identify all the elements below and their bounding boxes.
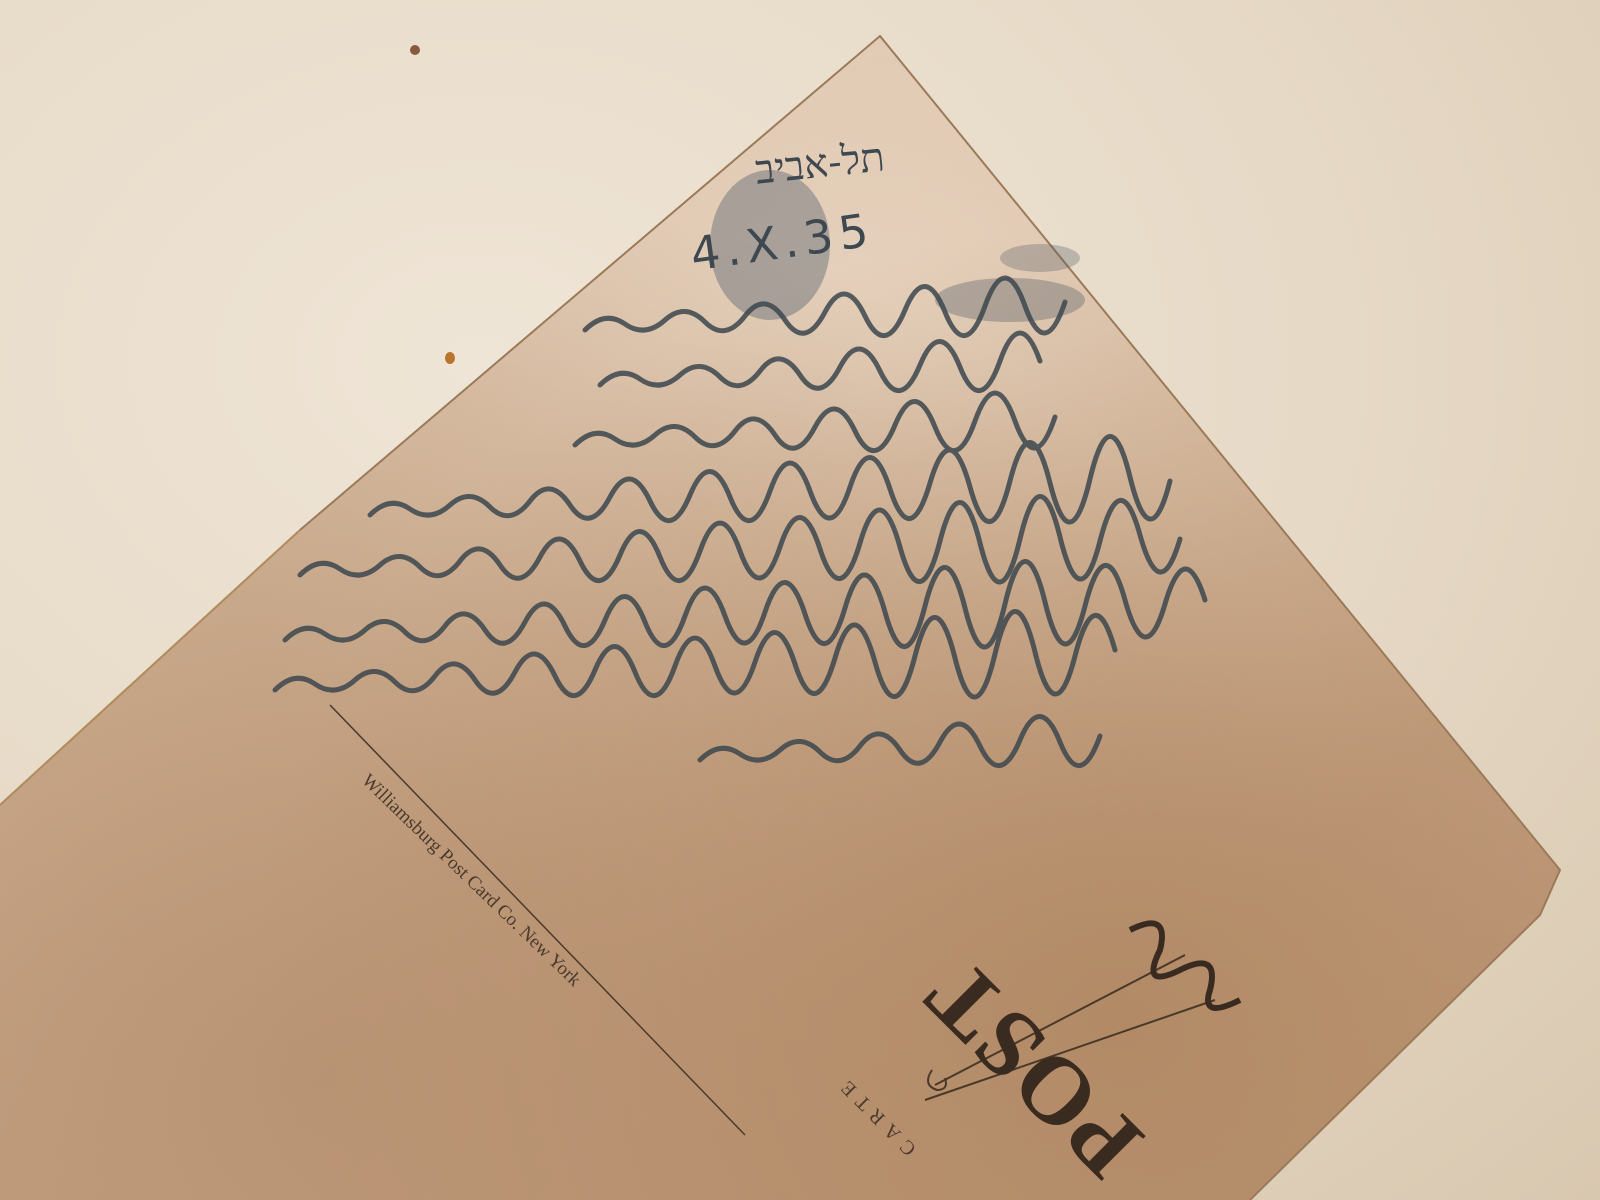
stain-speck — [445, 352, 455, 364]
stain-speck — [410, 45, 420, 55]
